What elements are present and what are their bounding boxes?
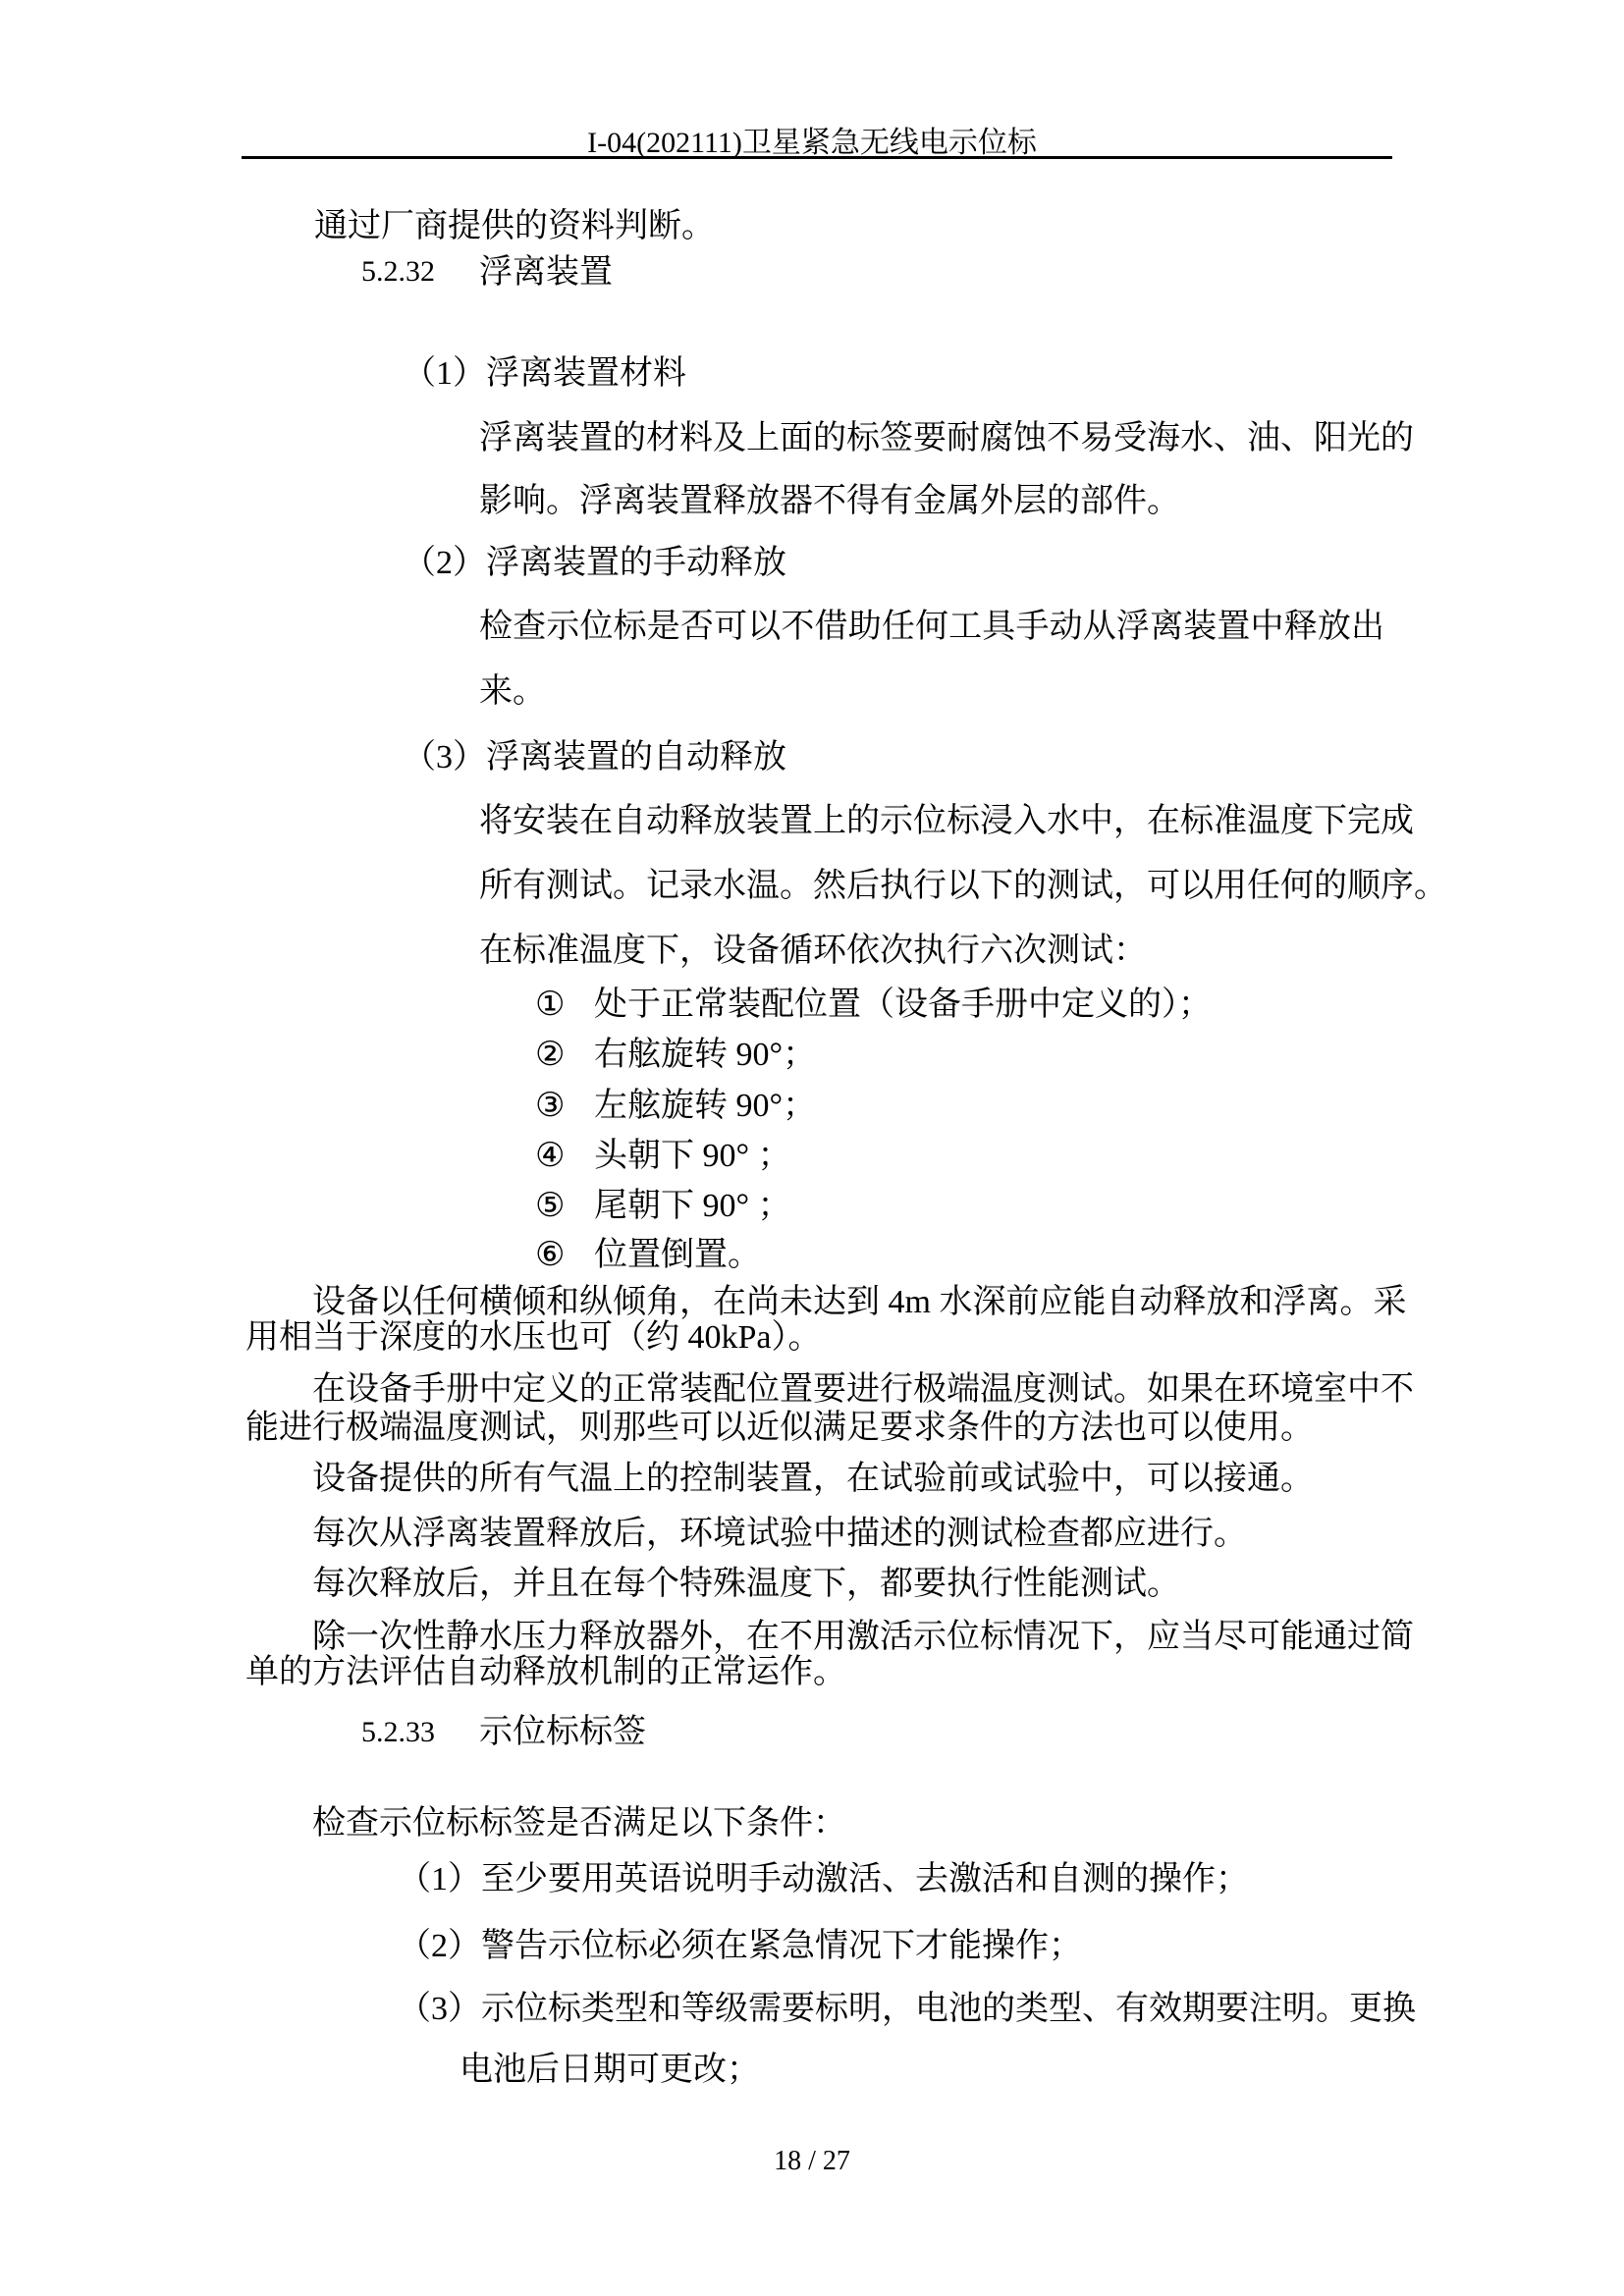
section-title: 示位标标签 [479,1716,646,1749]
section-number: 5.2.32 [361,257,435,287]
intro-text: 通过厂商提供的资料判断。 [314,210,715,243]
list-marker: ③ [535,1090,565,1123]
header-rule [242,156,1392,159]
list-item: 头朝下 90° ； [594,1140,791,1173]
item-body: 检查示位标是否可以不借助任何工具手动从浮离装置中释放出 [479,611,1384,644]
list-marker: ⑥ [535,1239,565,1272]
list-marker: ① [535,988,565,1022]
list-item: 处于正常装配位置（设备手册中定义的）； [594,988,1212,1022]
item-body: 将安装在自动释放装置上的示位标浸入水中，在标准温度下完成 [479,805,1384,838]
paragraph: 每次释放后，并且在每个特殊温度下，都要执行性能测试。 [312,1568,1180,1601]
condition-item: （3）示位标类型和等级需要标明，电池的类型、有效期要注明。更换 [398,1993,1384,2026]
paragraph: 检查示位标标签是否满足以下条件： [312,1807,846,1841]
running-header: I-04(202111)卫星紧急无线电示位标 [0,118,1624,161]
list-item: 左舷旋转 90°； [594,1090,816,1123]
list-item: 右舷旋转 90°； [594,1039,816,1072]
paragraph: 设备以任何横倾和纵倾角，在尚未达到 4m 水深前应能自动释放和浮离。采 [312,1286,1384,1319]
paragraph: 除一次性静水压力释放器外，在不用激活示位标情况下，应当尽可能通过简 [312,1621,1384,1654]
list-item: 尾朝下 90° ； [594,1190,791,1223]
page-number: 18 / 27 [0,2146,1624,2177]
paragraph: 每次从浮离装置释放后，环境试验中描述的测试检查都应进行。 [312,1518,1247,1551]
item-body: 来。 [479,675,546,709]
list-item: 位置倒置。 [594,1239,761,1272]
paragraph: 设备提供的所有气温上的控制装置，在试验前或试验中，可以接通。 [312,1463,1314,1496]
item-body: 影响。浮离装置释放器不得有金属外层的部件。 [479,485,1180,518]
list-marker: ⑤ [535,1190,565,1223]
condition-item: 电池后日期可更改； [460,2054,760,2087]
paragraph: 在设备手册中定义的正常装配位置要进行极端温度测试。如果在环境室中不 [312,1373,1384,1407]
paragraph: 单的方法评估自动释放机制的正常运作。 [245,1656,846,1689]
section-title: 浮离装置 [479,256,613,290]
item-body: 在标准温度下，设备循环依次执行六次测试： [479,934,1147,968]
paragraph: 用相当于深度的水压也可（约 40kPa）。 [245,1321,822,1355]
condition-item: （2）警告示位标必须在紧急情况下才能操作； [398,1930,1082,1963]
item-heading: （1）浮离装置材料 [403,357,686,391]
item-heading: （3）浮离装置的自动释放 [403,741,786,774]
paragraph: 能进行极端温度测试，则那些可以近似满足要求条件的方法也可以使用。 [245,1412,1314,1445]
section-number: 5.2.33 [361,1718,435,1747]
item-heading: （2）浮离装置的手动释放 [403,547,786,580]
list-marker: ② [535,1039,565,1072]
list-marker: ④ [535,1140,565,1173]
condition-item: （1）至少要用英语说明手动激活、去激活和自测的操作； [398,1863,1249,1896]
item-body: 浮离装置的材料及上面的标签要耐腐蚀不易受海水、油、阳光的 [479,422,1384,455]
item-body: 所有测试。记录水温。然后执行以下的测试，可以用任何的顺序。 [479,870,1384,903]
